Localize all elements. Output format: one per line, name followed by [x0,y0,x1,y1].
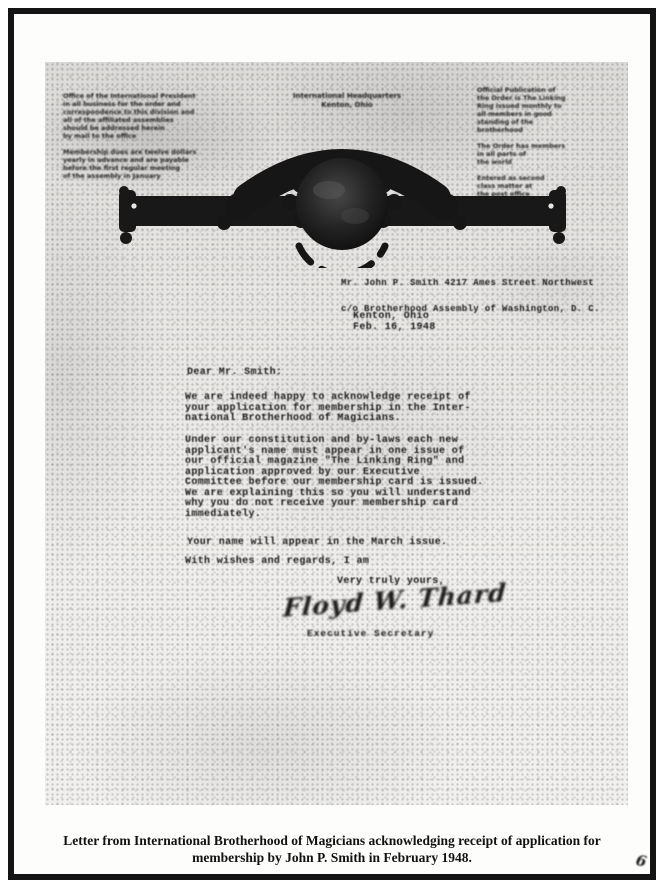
dateline-date: Feb. 16, 1948 [353,323,436,334]
salutation: Dear Mr. Smith: [187,368,282,379]
caption: Letter from International Brotherhood of… [14,832,650,866]
signer-title: Executive Secretary [307,628,434,639]
caption-line-1: Letter from International Brotherhood of… [14,832,650,849]
body-line-wishes: With wishes and regards, I am [185,557,369,568]
dateline-place: Kenton, Ohio [353,312,436,323]
dateline: Kenton, Ohio Feb. 16, 1948 [353,312,436,333]
photo-frame: Office of the International President in… [8,8,656,880]
globe-icon [296,158,388,250]
body-line-march-issue: Your name will appear in the March issue… [187,538,447,549]
letterhead-right-text-1: Official Publication of the Order is The… [477,86,617,134]
letterhead-center-line-1: International Headquarters [257,92,437,101]
recipient-line-1: Mr. John P. Smith 4217 Ames Street North… [341,277,621,290]
body-paragraph-1: We are indeed happy to acknowledge recei… [185,393,515,425]
body-paragraph-2: Under our constitution and by-laws each … [185,436,525,520]
scanned-letter: Office of the International President in… [45,62,628,805]
letterhead-center-block: International Headquarters Kenton, Ohio [257,92,437,110]
ibm-emblem [115,128,570,268]
caption-line-2: membership by John P. Smith in February … [14,849,650,866]
letterhead-center-line-2: Kenton, Ohio [257,101,437,110]
